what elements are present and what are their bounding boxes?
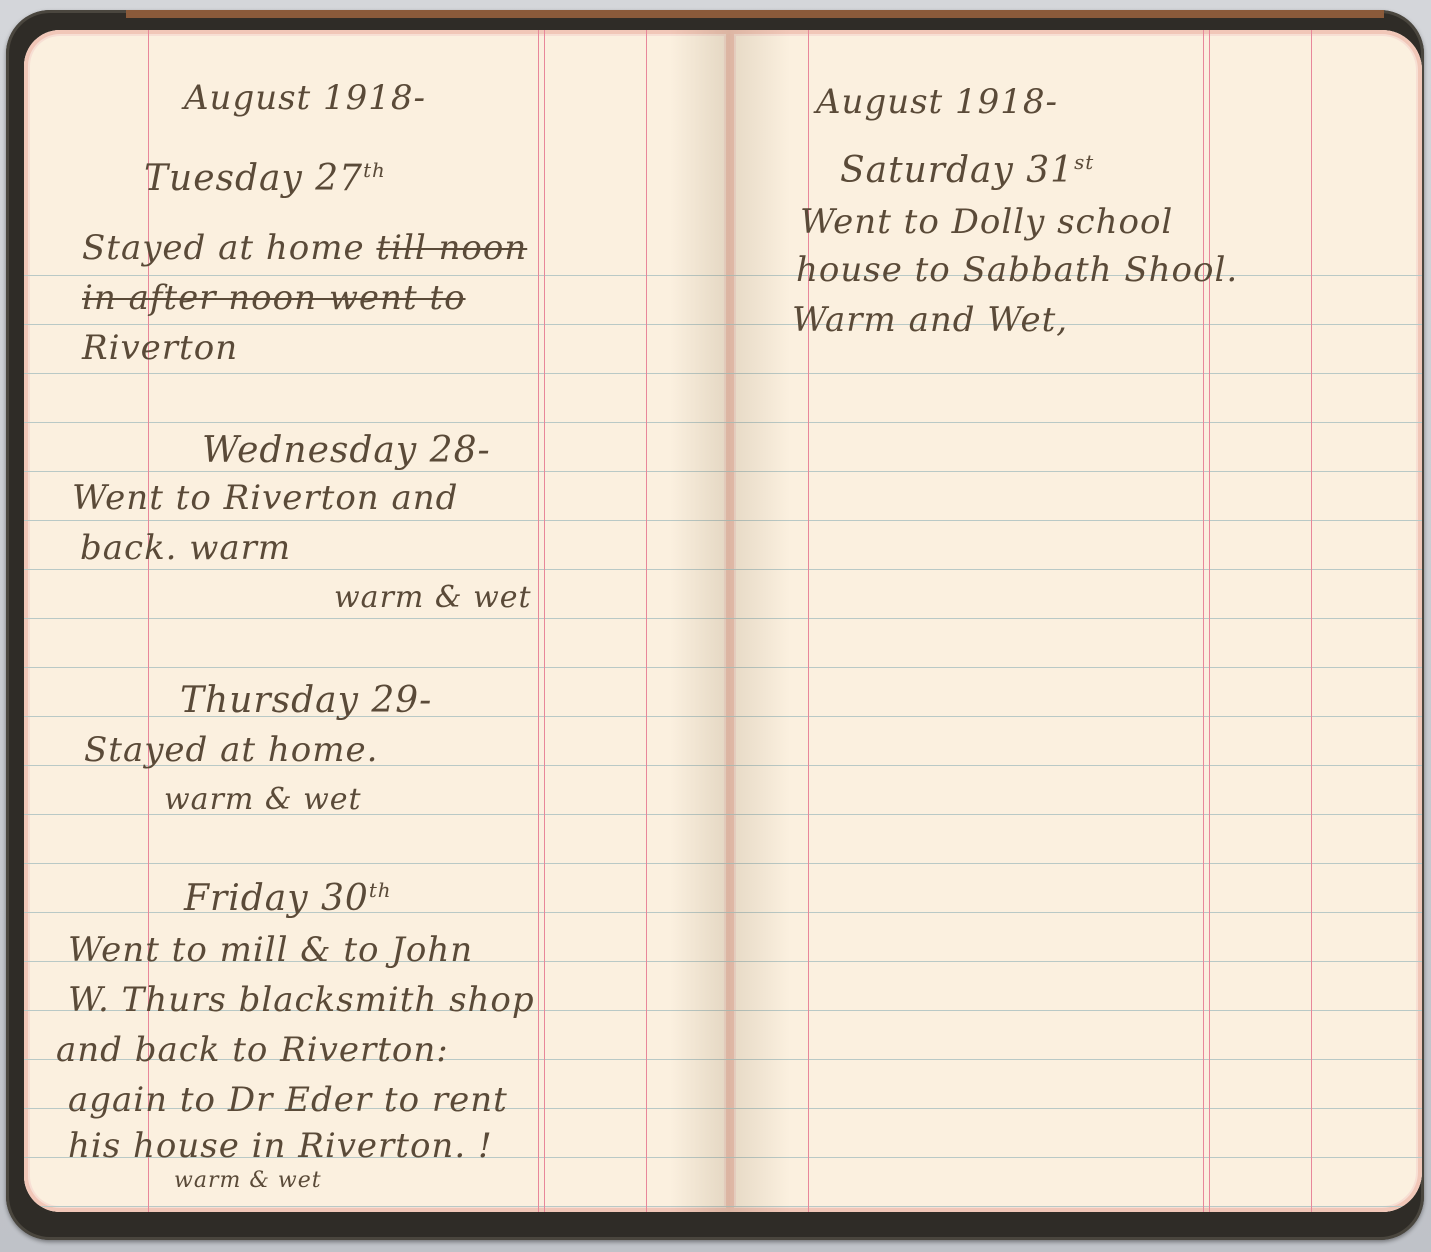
entry-line: Stayed at home. (84, 730, 378, 770)
left-page: August 1918- Tuesday 27th Stayed at home… (24, 30, 730, 1212)
entry-line: Warm and Wet, (792, 300, 1068, 340)
ruled-lines (730, 227, 1422, 1212)
column-line (1203, 30, 1204, 1212)
entry-day: Thursday 29- (180, 680, 432, 721)
entry-day: Tuesday 27th (144, 158, 386, 199)
entry-line: again to Dr Eder to rent (68, 1080, 508, 1120)
entry-line: house to Sabbath Shool. (796, 250, 1238, 290)
entry-day: Friday 30th (184, 878, 392, 919)
column-line (544, 30, 545, 1212)
entry-line: Went to mill & to John (68, 930, 473, 970)
entry-line: Stayed at home till noon (82, 228, 527, 268)
column-line (646, 30, 647, 1212)
entry-line: back. warm (80, 528, 291, 568)
entry-line: W. Thurs blacksmith shop (68, 980, 535, 1020)
entry-line: and back to Riverton: (56, 1030, 449, 1070)
weather-note: warm & wet (164, 782, 362, 817)
entry-line: Riverton (82, 328, 238, 368)
column-line (538, 30, 539, 1212)
right-page: August 1918- Saturday 31st Went to Dolly… (730, 30, 1422, 1212)
page-header: August 1918- (816, 82, 1058, 122)
page-header: August 1918- (184, 78, 426, 118)
column-line (1209, 30, 1210, 1212)
entry-day: Saturday 31st (840, 150, 1094, 191)
entry-line: Went to Dolly school (800, 202, 1173, 242)
weather-note: warm & wet (334, 580, 532, 615)
entry-line: his house in Riverton. ! (68, 1126, 493, 1166)
cover-edge (126, 10, 1384, 18)
entry-line: Went to Riverton and (72, 478, 458, 518)
weather-note: warm & wet (174, 1168, 322, 1193)
gutter-shadow (670, 30, 730, 1212)
gutter-shadow (730, 30, 790, 1212)
column-line (1311, 30, 1312, 1212)
entry-day: Wednesday 28- (202, 430, 491, 471)
entry-line-struck: in after noon went to (82, 278, 466, 318)
